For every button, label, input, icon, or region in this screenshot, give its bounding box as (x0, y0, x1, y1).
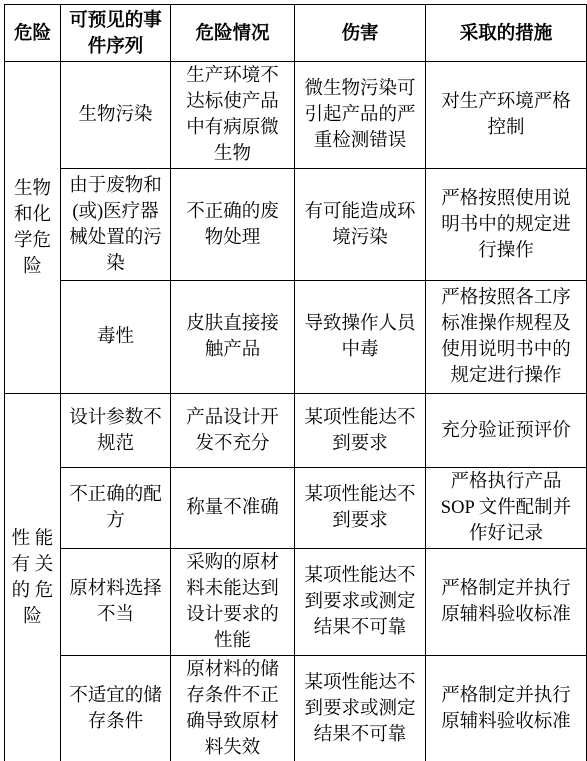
cell-event: 由于废物和(或)医疗器械处置的污染 (61, 169, 171, 281)
col-header-event-sequence: 可预见的事件序列 (61, 5, 171, 62)
cell-situation: 不正确的废物处理 (171, 169, 295, 281)
cell-measure: 严格按照各工序标准操作规程及使用说明书中的规定进行操作 (426, 281, 587, 394)
cell-event: 不适宜的储存条件 (61, 656, 171, 761)
cell-measure: 严格制定并执行原辅料验收标准 (426, 656, 587, 761)
table-row: 原材料选择不当 采购的原材料未能达到设计要求的性能 某项性能达不到要求或测定结果… (5, 549, 587, 656)
table-row: 性 能 有 关 的 危 险 设计参数不规范 产品设计开发不充分 某项性能达不到要… (5, 394, 587, 468)
cell-measure: 对生产环境严格控制 (426, 62, 587, 169)
table-row: 不适宜的储存条件 原材料的储存条件不正确导致原材料失效 某项性能达不到要求或测定… (5, 656, 587, 761)
cell-event: 生物污染 (61, 62, 171, 169)
cell-harm: 有可能造成环境污染 (295, 169, 426, 281)
cell-harm: 某项性能达不到要求或测定结果不可靠 (295, 549, 426, 656)
cell-event: 设计参数不规范 (61, 394, 171, 468)
cell-measure: 严格制定并执行原辅料验收标准 (426, 549, 587, 656)
cell-measure: 充分验证预评价 (426, 394, 587, 468)
cell-situation: 称量不准确 (171, 468, 295, 549)
cell-situation: 皮肤直接接触产品 (171, 281, 295, 394)
cell-event: 毒性 (61, 281, 171, 394)
hazard-group-bio-chemical: 生物和化学危险 (5, 62, 61, 394)
table-row: 毒性 皮肤直接接触产品 导致操作人员中毒 严格按照各工序标准操作规程及使用说明书… (5, 281, 587, 394)
cell-harm: 导致操作人员中毒 (295, 281, 426, 394)
cell-event: 不正确的配方 (61, 468, 171, 549)
cell-measure: 严格按照使用说明书中的规定进行操作 (426, 169, 587, 281)
cell-situation: 生产环境不达标使产品中有病原微生物 (171, 62, 295, 169)
cell-event: 原材料选择不当 (61, 549, 171, 656)
cell-measure: 严格执行产品 SOP 文件配制并作好记录 (426, 468, 587, 549)
col-header-hazard-situation: 危险情况 (171, 5, 295, 62)
cell-situation: 采购的原材料未能达到设计要求的性能 (171, 549, 295, 656)
risk-analysis-table: 危险 可预见的事件序列 危险情况 伤害 采取的措施 生物和化学危险 生物污染 生… (4, 4, 587, 761)
col-header-hazard: 危险 (5, 5, 61, 62)
cell-harm: 某项性能达不到要求 (295, 394, 426, 468)
col-header-measures: 采取的措施 (426, 5, 587, 62)
header-row: 危险 可预见的事件序列 危险情况 伤害 采取的措施 (5, 5, 587, 62)
cell-harm: 某项性能达不到要求或测定结果不可靠 (295, 656, 426, 761)
hazard-group-performance: 性 能 有 关 的 危 险 (5, 394, 61, 761)
cell-harm: 某项性能达不到要求 (295, 468, 426, 549)
cell-situation: 产品设计开发不充分 (171, 394, 295, 468)
table-row: 不正确的配方 称量不准确 某项性能达不到要求 严格执行产品 SOP 文件配制并作… (5, 468, 587, 549)
cell-situation: 原材料的储存条件不正确导致原材料失效 (171, 656, 295, 761)
col-header-harm: 伤害 (295, 5, 426, 62)
table-row: 生物和化学危险 生物污染 生产环境不达标使产品中有病原微生物 微生物污染可引起产… (5, 62, 587, 169)
table-row: 由于废物和(或)医疗器械处置的污染 不正确的废物处理 有可能造成环境污染 严格按… (5, 169, 587, 281)
cell-harm: 微生物污染可引起产品的严重检测错误 (295, 62, 426, 169)
